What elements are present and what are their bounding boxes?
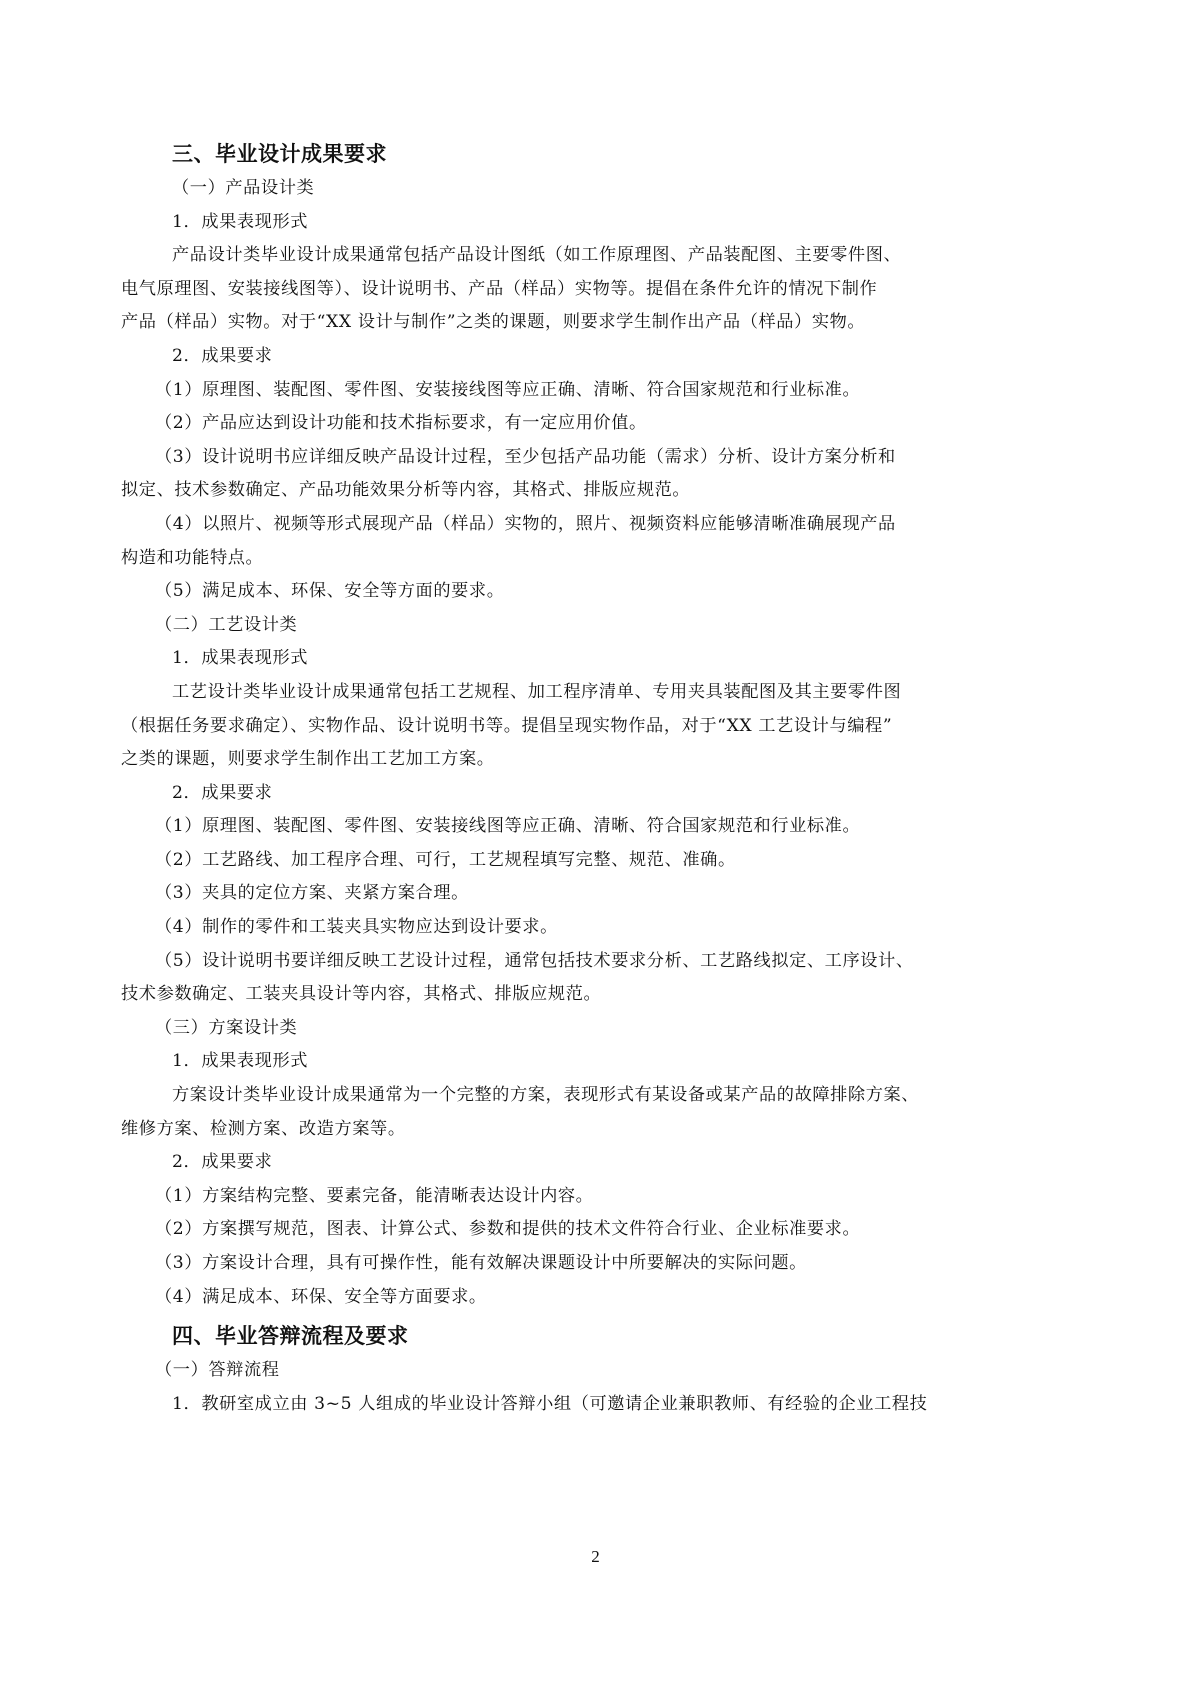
- requirement-item: （3）设计说明书应详细反映产品设计过程，至少包括产品功能（需求）分析、设计方案分…: [172, 441, 978, 508]
- paragraph-line: 维修方案、检测方案、改造方案等。: [121, 1113, 978, 1147]
- paragraph-line: 拟定、技术参数确定、产品功能效果分析等内容，其格式、排版应规范。: [121, 474, 978, 508]
- item-heading-output-form: 1．成果表现形式: [172, 1045, 978, 1079]
- requirement-item: （3）夹具的定位方案、夹紧方案合理。: [155, 877, 978, 911]
- subsection-heading-defense-process: （一）答辩流程: [155, 1354, 978, 1388]
- requirement-item: （3）方案设计合理，具有可操作性，能有效解决课题设计中所要解决的实际问题。: [155, 1247, 978, 1281]
- paragraph-line: 构造和功能特点。: [121, 542, 978, 576]
- paragraph-line: （根据任务要求确定）、实物作品、设计说明书等。提倡呈现实物作品，对于“XX 工艺…: [121, 710, 978, 744]
- document-page: 三、毕业设计成果要求 （一）产品设计类 1．成果表现形式 产品设计类毕业设计成果…: [172, 136, 978, 1421]
- item-heading-requirements: 2．成果要求: [172, 340, 978, 374]
- item-heading-output-form: 1．成果表现形式: [172, 642, 978, 676]
- requirement-item: （4）以照片、视频等形式展现产品（样品）实物的，照片、视频资料应能够清晰准确展现…: [172, 508, 978, 575]
- requirement-item: （5）设计说明书要详细反映工艺设计过程，通常包括技术要求分析、工艺路线拟定、工序…: [172, 945, 978, 1012]
- paragraph-line: 电气原理图、安装接线图等）、设计说明书、产品（样品）实物等。提倡在条件允许的情况…: [121, 273, 978, 307]
- item-heading-requirements: 2．成果要求: [172, 1146, 978, 1180]
- subsection-heading-process-design: （二）工艺设计类: [155, 609, 978, 643]
- paragraph-line: 方案设计类毕业设计成果通常为一个完整的方案，表现形式有某设备或某产品的故障排除方…: [172, 1079, 978, 1113]
- paragraph-line: 产品（样品）实物。对于“XX 设计与制作”之类的课题，则要求学生制作出产品（样品…: [121, 306, 978, 340]
- item-heading-requirements: 2．成果要求: [172, 777, 978, 811]
- paragraph-line: （3）设计说明书应详细反映产品设计过程，至少包括产品功能（需求）分析、设计方案分…: [155, 441, 978, 475]
- subsection-heading-product-design: （一）产品设计类: [172, 172, 978, 206]
- paragraph-product-output-form: 产品设计类毕业设计成果通常包括产品设计图纸（如工作原理图、产品装配图、主要零件图…: [172, 239, 978, 340]
- paragraph-plan-output-form: 方案设计类毕业设计成果通常为一个完整的方案，表现形式有某设备或某产品的故障排除方…: [172, 1079, 978, 1146]
- paragraph-process-output-form: 工艺设计类毕业设计成果通常包括工艺规程、加工程序清单、专用夹具装配图及其主要零件…: [172, 676, 978, 777]
- requirement-item: （5）满足成本、环保、安全等方面的要求。: [155, 575, 978, 609]
- requirement-item: （2）工艺路线、加工程序合理、可行，工艺规程填写完整、规范、准确。: [155, 844, 978, 878]
- paragraph-line: 工艺设计类毕业设计成果通常包括工艺规程、加工程序清单、专用夹具装配图及其主要零件…: [172, 676, 978, 710]
- requirement-item: （1）方案结构完整、要素完备，能清晰表达设计内容。: [155, 1180, 978, 1214]
- paragraph-line: 产品设计类毕业设计成果通常包括产品设计图纸（如工作原理图、产品装配图、主要零件图…: [172, 239, 978, 273]
- page-number: 2: [0, 1545, 1191, 1569]
- requirement-item: （4）满足成本、环保、安全等方面要求。: [155, 1281, 978, 1315]
- requirement-item: （2）方案撰写规范，图表、计算公式、参数和提供的技术文件符合行业、企业标准要求。: [155, 1213, 978, 1247]
- requirement-item: （2）产品应达到设计功能和技术指标要求，有一定应用价值。: [155, 407, 978, 441]
- requirement-item: （1）原理图、装配图、零件图、安装接线图等应正确、清晰、符合国家规范和行业标准。: [155, 810, 978, 844]
- section-heading-4: 四、毕业答辩流程及要求: [172, 1318, 978, 1354]
- subsection-heading-plan-design: （三）方案设计类: [155, 1012, 978, 1046]
- requirement-item: （4）制作的零件和工装夹具实物应达到设计要求。: [155, 911, 978, 945]
- section-heading-3: 三、毕业设计成果要求: [172, 136, 978, 172]
- paragraph-line: 技术参数确定、工装夹具设计等内容，其格式、排版应规范。: [121, 978, 978, 1012]
- item-heading-output-form: 1．成果表现形式: [172, 206, 978, 240]
- paragraph-line: （4）以照片、视频等形式展现产品（样品）实物的，照片、视频资料应能够清晰准确展现…: [155, 508, 978, 542]
- paragraph-line: 之类的课题，则要求学生制作出工艺加工方案。: [121, 743, 978, 777]
- requirement-item: （1）原理图、装配图、零件图、安装接线图等应正确、清晰、符合国家规范和行业标准。: [155, 374, 978, 408]
- paragraph-line: （5）设计说明书要详细反映工艺设计过程，通常包括技术要求分析、工艺路线拟定、工序…: [155, 945, 978, 979]
- process-step: 1．教研室成立由 3~5 人组成的毕业设计答辩小组（可邀请企业兼职教师、有经验的…: [172, 1388, 978, 1422]
